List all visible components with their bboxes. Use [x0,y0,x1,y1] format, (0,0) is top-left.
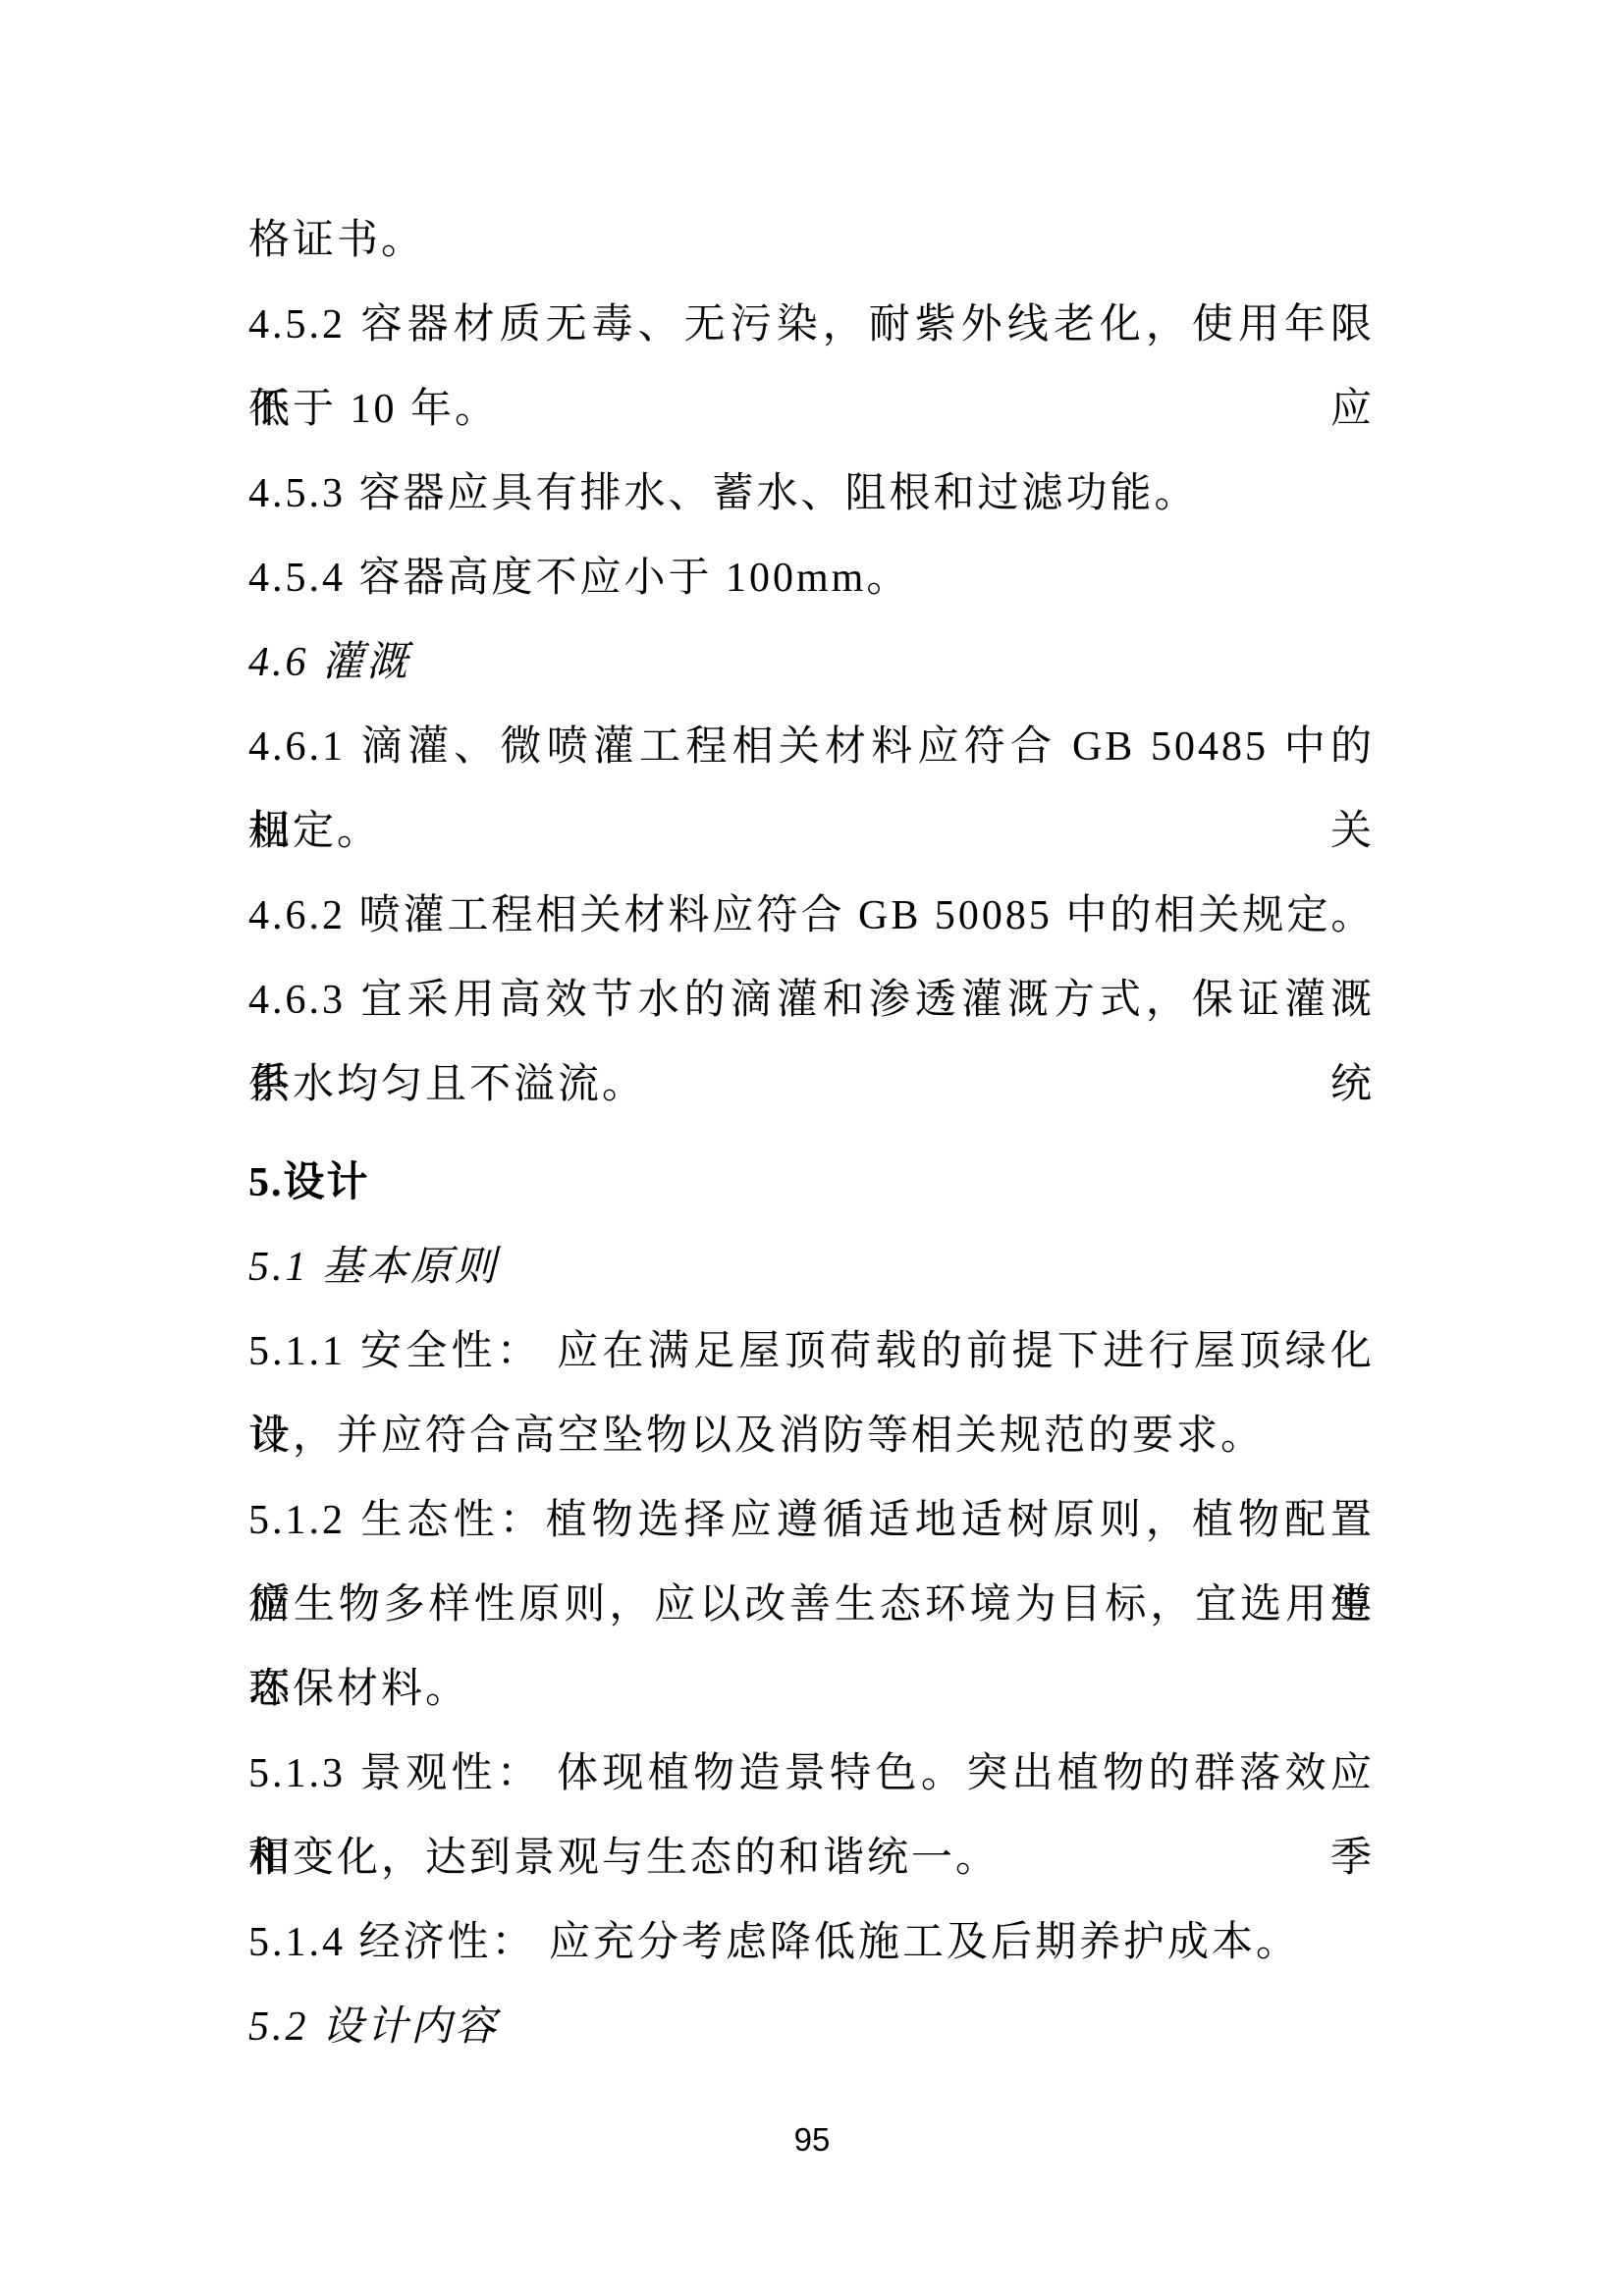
document-page: 格证书。 4.5.2 容器材质无毒、无污染，耐紫外线老化，使用年限不应 低于 1… [0,0,1624,2296]
text-line-clause-5-1-2-cont: 循生物多样性原则，应以改善生态环境为目标，宜选用生态 [248,1563,1375,1647]
text-line-clause-5-1-3: 5.1.3 景观性： 体现植物造景特色。突出植物的群落效应和季 [248,1732,1375,1816]
page-number: 95 [0,2120,1624,2160]
text-line-paragraph-end: 格证书。 [248,198,1375,283]
text-line-clause-4-6-1: 4.6.1 滴灌、微喷灌工程相关材料应符合 GB 50485 中的相关 [248,705,1375,789]
text-line-clause-4-5-2: 4.5.2 容器材质无毒、无污染，耐紫外线老化，使用年限不应 [248,283,1375,367]
text-line-clause-5-1-1-end: 计，并应符合高空坠物以及消防等相关规范的要求。 [248,1394,1375,1478]
text-line-clause-4-5-4: 4.5.4 容器高度不应小于 100mm。 [248,536,1375,620]
text-line-clause-5-1-1: 5.1.1 安全性： 应在满足屋顶荷载的前提下进行屋顶绿化设 [248,1309,1375,1394]
document-text-block: 格证书。 4.5.2 容器材质无毒、无污染，耐紫外线老化，使用年限不应 低于 1… [248,198,1375,2069]
text-line-clause-5-1-2-end: 环保材料。 [248,1647,1375,1732]
heading-5-design: 5.设计 [248,1141,1375,1225]
text-line-clause-4-6-3: 4.6.3 宜采用高效节水的滴灌和渗透灌溉方式，保证灌溉系统 [248,958,1375,1042]
subheading-5-1: 5.1 基本原则 [248,1225,1375,1309]
text-line-clause-5-1-2: 5.1.2 生态性：植物选择应遵循适地适树原则，植物配置应遵 [248,1478,1375,1563]
subheading-4-6: 4.6 灌溉 [248,620,1375,705]
text-line-clause-4-5-3: 4.5.3 容器应具有排水、蓄水、阻根和过滤功能。 [248,452,1375,536]
text-line-clause-5-1-4: 5.1.4 经济性： 应充分考虑降低施工及后期养护成本。 [248,1900,1375,1985]
text-line-clause-4-6-2: 4.6.2 喷灌工程相关材料应符合 GB 50085 中的相关规定。 [248,874,1375,958]
subheading-5-2: 5.2 设计内容 [248,1985,1375,2069]
